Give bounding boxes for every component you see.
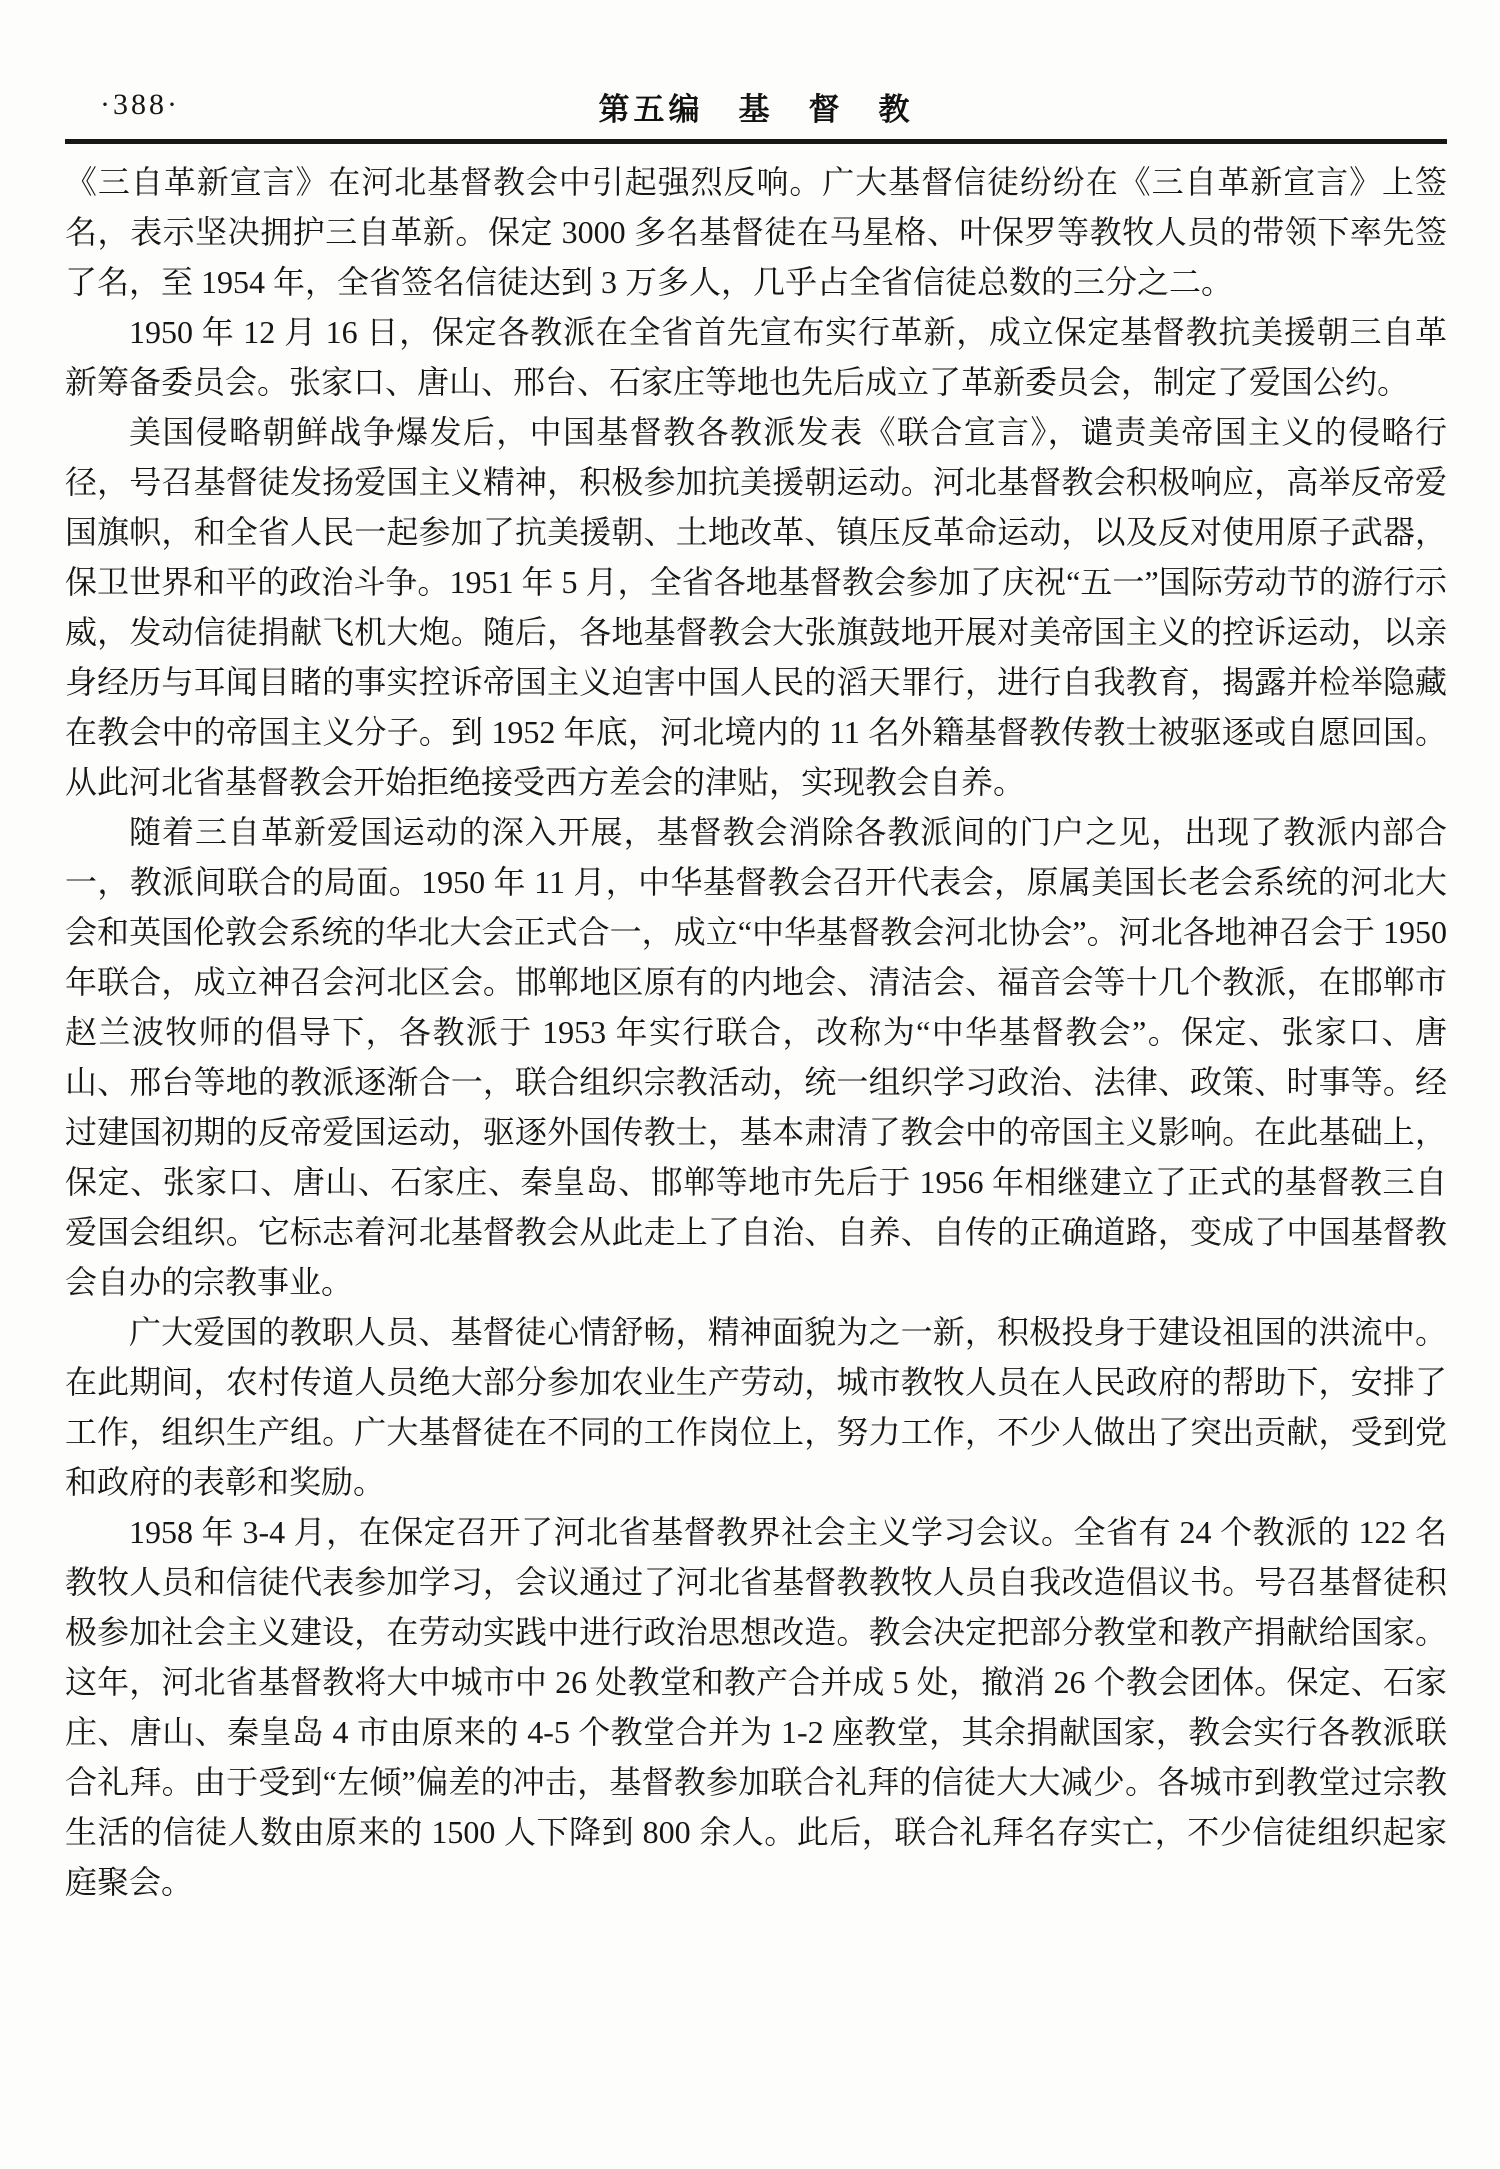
paragraph-4: 随着三自革新爱国运动的深入开展，基督教会消除各教派间的门户之见，出现了教派内部合…	[65, 807, 1447, 1307]
page-number: ·388·	[100, 88, 180, 122]
body-text: 《三自革新宣言》在河北基督教会中引起强烈反响。广大基督信徒纷纷在《三自革新宣言》…	[65, 157, 1447, 1907]
paragraph-6: 1958 年 3-4 月，在保定召开了河北省基督教界社会主义学习会议。全省有 2…	[65, 1507, 1447, 1907]
header-rule	[65, 139, 1447, 144]
paragraph-5: 广大爱国的教职人员、基督徒心情舒畅，精神面貌为之一新，积极投身于建设祖国的洪流中…	[65, 1307, 1447, 1507]
paragraph-2: 1950 年 12 月 16 日，保定各教派在全省首先宣布实行革新，成立保定基督…	[65, 307, 1447, 407]
page-header: ·388· 第五编 基 督 教	[65, 84, 1447, 130]
book-page: ·388· 第五编 基 督 教 《三自革新宣言》在河北基督教会中引起强烈反响。广…	[0, 0, 1500, 2169]
paragraph-1: 《三自革新宣言》在河北基督教会中引起强烈反响。广大基督信徒纷纷在《三自革新宣言》…	[65, 157, 1447, 307]
paragraph-3: 美国侵略朝鲜战争爆发后，中国基督教各教派发表《联合宣言》，谴责美帝国主义的侵略行…	[65, 407, 1447, 807]
section-title: 第五编 基 督 教	[65, 84, 1447, 129]
